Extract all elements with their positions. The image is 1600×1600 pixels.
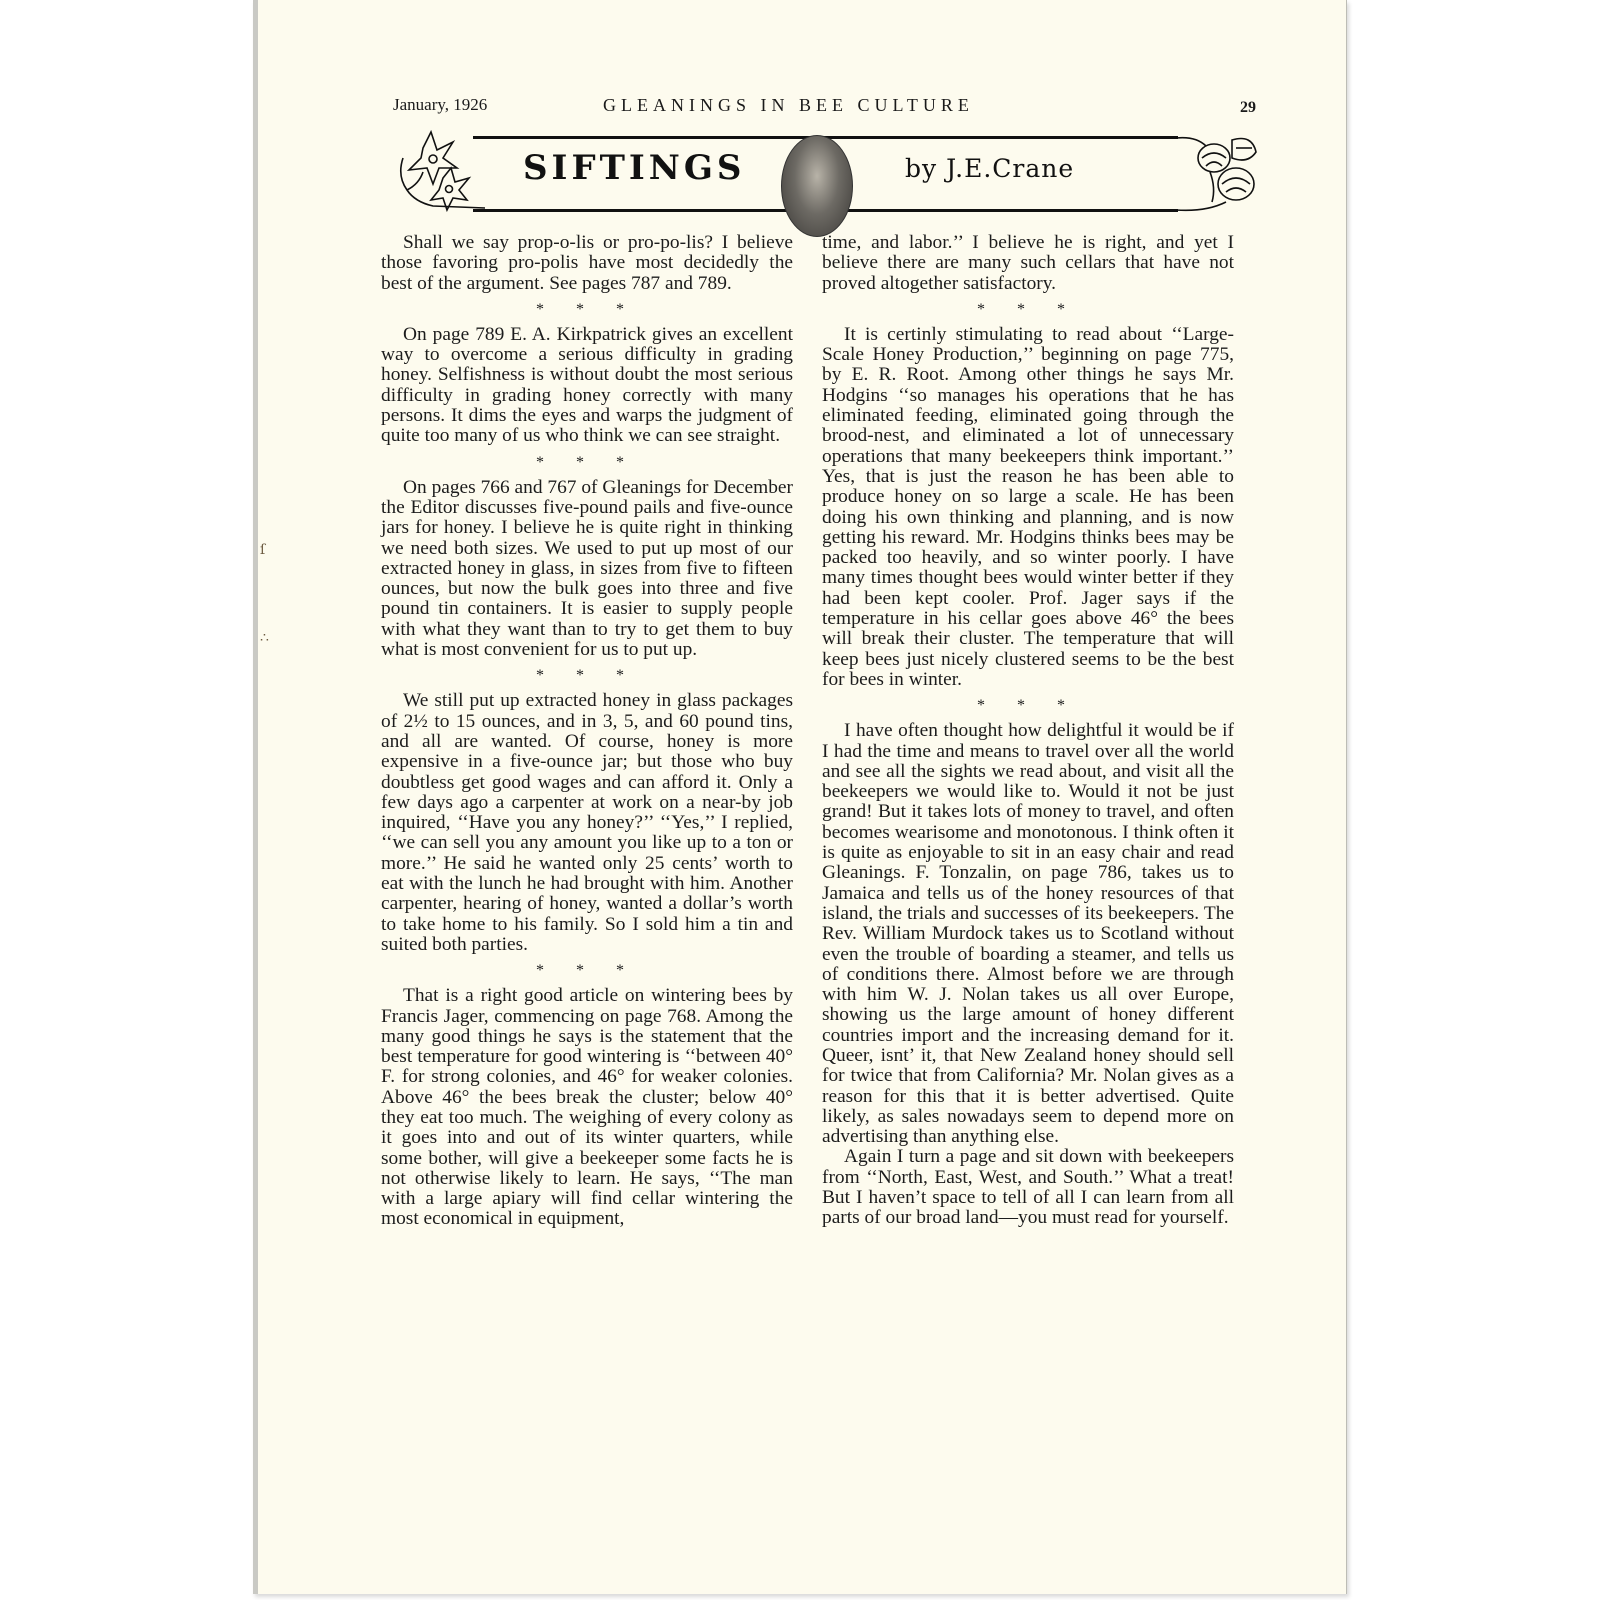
paragraph: Again I turn a page and sit down with be…	[822, 1147, 1234, 1228]
margin-mark: ſ	[260, 542, 265, 558]
left-column: Shall we say prop-o-lis or pro-po-lis? I…	[381, 233, 793, 1230]
section-separator: * * *	[822, 296, 1234, 323]
clover-ornament-icon	[1176, 128, 1268, 212]
paragraph: That is a right good article on winterin…	[381, 986, 793, 1230]
publication-title: GLEANINGS IN BEE CULTURE	[603, 95, 974, 116]
section-separator: * * *	[381, 662, 793, 689]
paragraph: I have often thought how delightful it w…	[822, 721, 1234, 1147]
right-column: time, and labor.’’ I believe he is right…	[822, 233, 1234, 1229]
section-separator: * * *	[822, 692, 1234, 719]
paragraph: We still put up extracted honey in glass…	[381, 691, 793, 955]
paragraph: On page 789 E. A. Kirkpatrick gives an e…	[381, 325, 793, 447]
section-separator: * * *	[381, 957, 793, 984]
paragraph: time, and labor.’’ I believe he is right…	[822, 233, 1234, 294]
author-portrait	[781, 135, 853, 237]
running-head: January, 1926 GLEANINGS IN BEE CULTURE 2…	[393, 95, 1236, 121]
author-byline: by J.E.Crane	[905, 154, 1074, 183]
section-separator: * * *	[381, 296, 793, 323]
paragraph: It is certinly stimulating to read about…	[822, 325, 1234, 690]
column-banner: SIFTINGS by J.E.Crane	[393, 128, 1248, 238]
paragraph: On pages 766 and 767 of Gleanings for De…	[381, 478, 793, 661]
column-title: SIFTINGS	[523, 148, 745, 188]
issue-date: January, 1926	[393, 95, 487, 115]
flower-ornament-icon	[393, 128, 485, 212]
page-number: 29	[1240, 99, 1256, 117]
magazine-page: January, 1926 GLEANINGS IN BEE CULTURE 2…	[253, 0, 1347, 1594]
paragraph: Shall we say prop-o-lis or pro-po-lis? I…	[381, 233, 793, 294]
section-separator: * * *	[381, 449, 793, 476]
margin-mark: ∴	[260, 630, 269, 646]
